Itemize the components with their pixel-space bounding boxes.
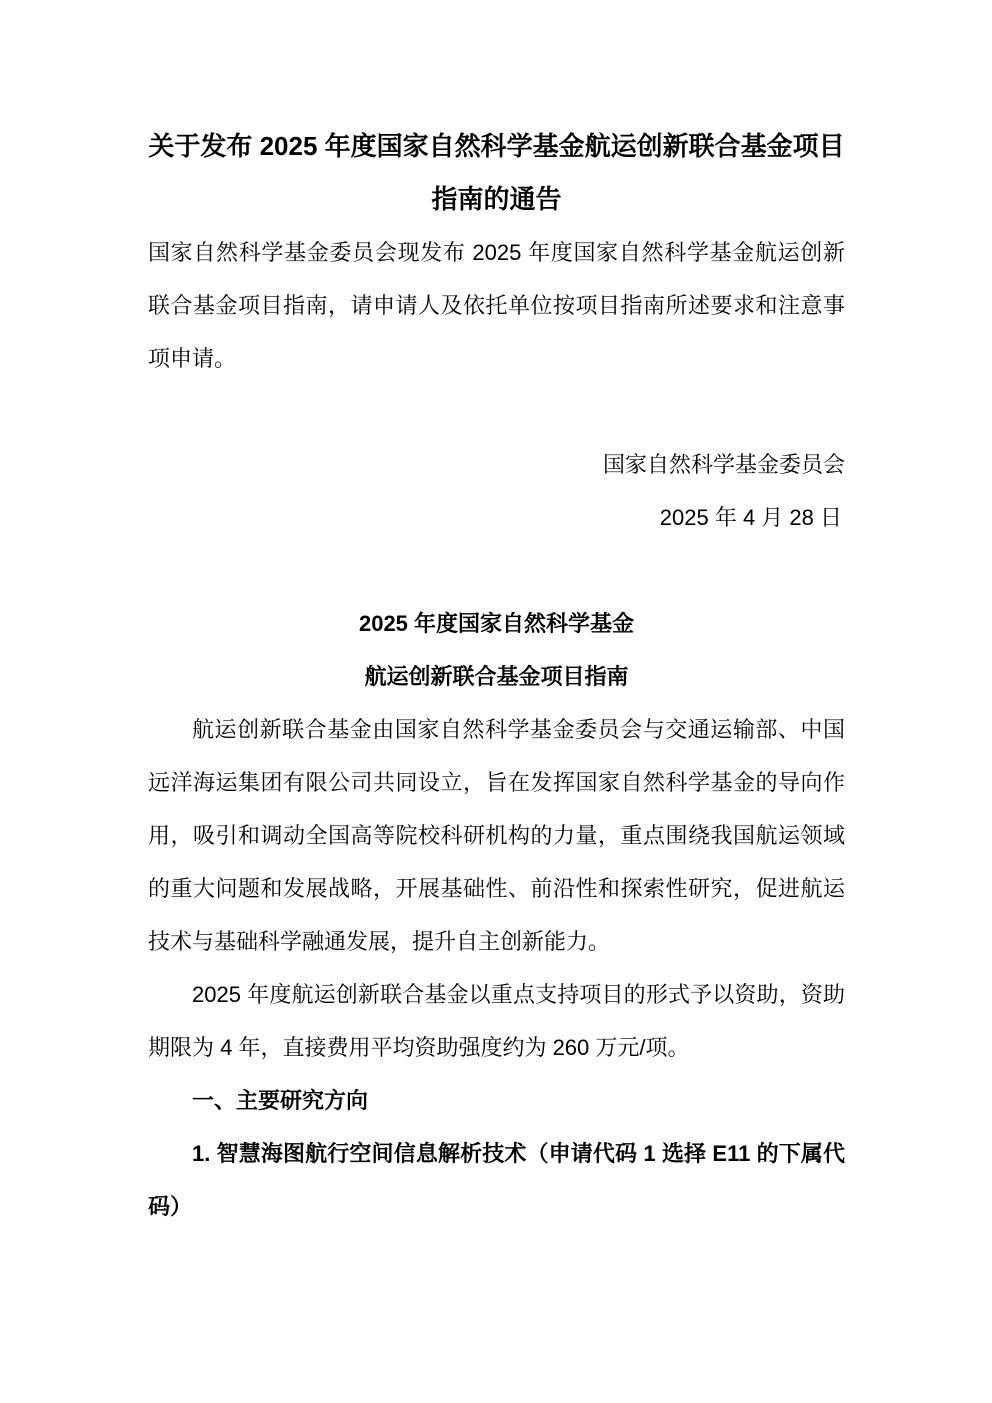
funding-paragraph: 2025 年度航运创新联合基金以重点支持项目的形式予以资助，资助期限为 4 年，… <box>148 968 845 1074</box>
section-heading-research-directions: 一、主要研究方向 <box>148 1074 845 1127</box>
notice-title-line-2: 指南的通告 <box>148 173 845 226</box>
issuer-signature: 国家自然科学基金委员会 <box>148 438 845 491</box>
notice-body: 国家自然科学基金委员会现发布 2025 年度国家自然科学基金航运创新联合基金项目… <box>148 226 845 385</box>
notice-title-line-1: 关于发布 2025 年度国家自然科学基金航运创新联合基金项目 <box>148 120 845 173</box>
guide-title-line-2: 航运创新联合基金项目指南 <box>148 650 845 703</box>
document-page: 关于发布 2025 年度国家自然科学基金航运创新联合基金项目 指南的通告 国家自… <box>0 0 992 1403</box>
research-direction-item-1: 1. 智慧海图航行空间信息解析技术（申请代码 1 选择 E11 的下属代码） <box>148 1127 845 1233</box>
guide-title-line-1: 2025 年度国家自然科学基金 <box>148 597 845 650</box>
issue-date: 2025 年 4 月 28 日 <box>148 491 845 544</box>
guide-intro-paragraph: 航运创新联合基金由国家自然科学基金委员会与交通运输部、中国远洋海运集团有限公司共… <box>148 703 845 968</box>
